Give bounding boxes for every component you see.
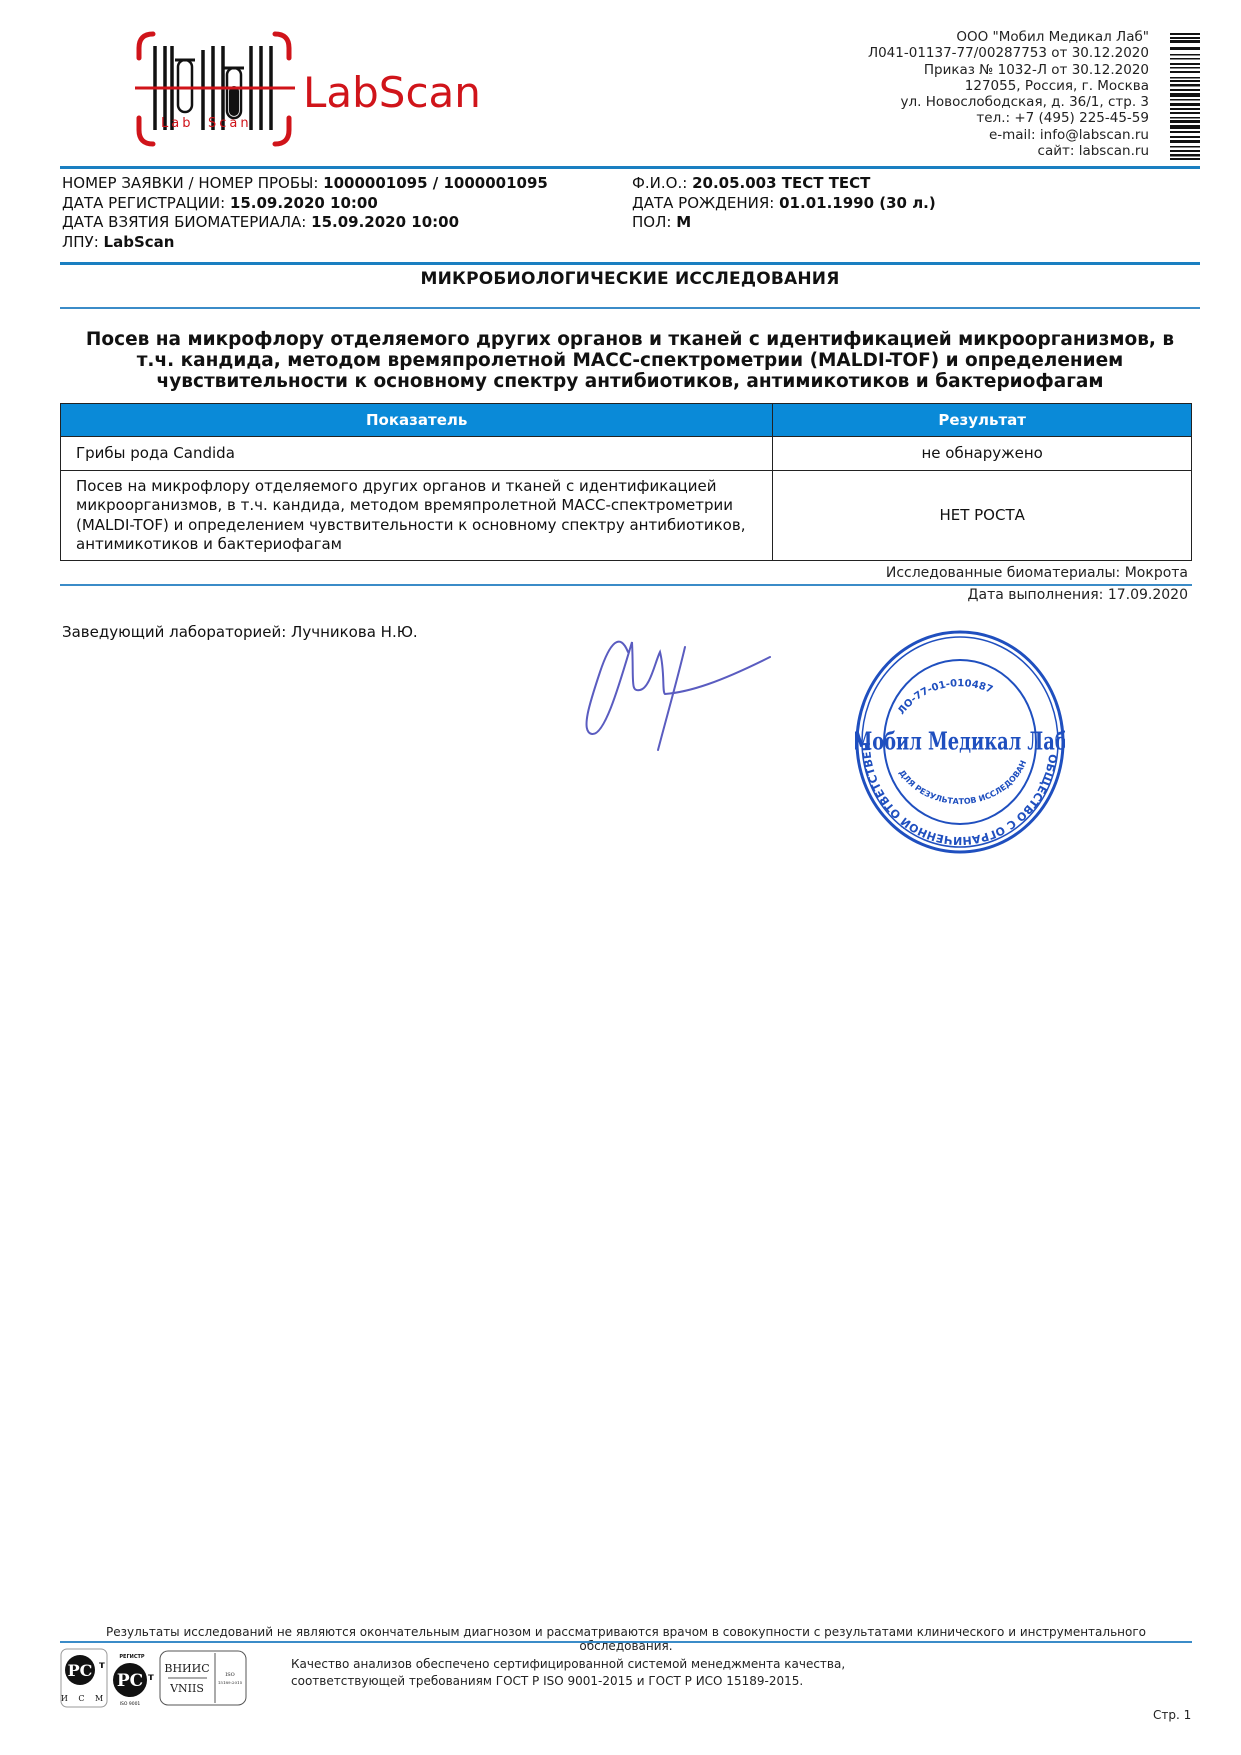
company-stamp: ОБЩЕСТВО С ОГРАНИЧЕННОЙ ОТВЕТСТВЕННОСТЬЮ… (855, 630, 1065, 855)
company-site: сайт: labscan.ru (868, 143, 1149, 159)
test-title: Посев на микрофлору отделяемого других о… (60, 329, 1200, 392)
patient-info: Ф.И.О.: 20.05.003 ТЕСТ ТЕСТ ДАТА РОЖДЕНИ… (632, 174, 936, 233)
order-info: НОМЕР ЗАЯВКИ / НОМЕР ПРОБЫ: 1000001095 /… (62, 174, 548, 252)
registration-date-value: 15.09.2020 10:00 (230, 194, 378, 212)
registration-date-row: ДАТА РЕГИСТРАЦИИ: 15.09.2020 10:00 (62, 194, 548, 214)
page-number: Стр. 1 (1153, 1708, 1191, 1722)
sex-row: ПОЛ: М (632, 213, 936, 233)
result-cell: не обнаружено (773, 437, 1192, 471)
company-order: Приказ № 1032-Л от 30.12.2020 (868, 62, 1149, 78)
sex-value: М (676, 213, 691, 231)
table-row: Грибы рода Candida не обнаружено (61, 437, 1192, 471)
svg-text:РС: РС (68, 1661, 93, 1680)
logo-sub-left: Lab (161, 116, 193, 131)
stamp-purpose: ДЛЯ РЕЗУЛЬТАТОВ ИССЛЕДОВАНИЙ (855, 630, 1028, 806)
lpu-value: LabScan (104, 233, 175, 251)
logo-brand-text: LabScan (303, 68, 481, 117)
svg-text:ISO 9001: ISO 9001 (120, 1701, 141, 1707)
company-info: ООО "Мобил Медикал Лаб" Л041-01137-77/00… (868, 29, 1149, 159)
svg-text:VNIIS: VNIIS (169, 1682, 204, 1695)
order-number-value: 1000001095 / 1000001095 (323, 174, 548, 192)
table-row: Посев на микрофлору отделяемого других о… (61, 471, 1192, 561)
stamp-license: ЛО-77-01-010487 (896, 678, 994, 717)
company-email: e-mail: info@labscan.ru (868, 127, 1149, 143)
patient-name-value: 20.05.003 ТЕСТ ТЕСТ (692, 174, 870, 192)
biomaterial-note: Исследованные биоматериалы: Мокрота (886, 565, 1188, 581)
column-header-indicator: Показатель (61, 404, 773, 437)
lpu-row: ЛПУ: LabScan (62, 233, 548, 253)
quality-statement: Качество анализов обеспечено сертифициро… (291, 1656, 845, 1690)
footer-divider (60, 1641, 1192, 1643)
section-divider (60, 307, 1200, 309)
barcode-scanner-icon: Lab Scan (135, 30, 305, 148)
sampling-date-row: ДАТА ВЗЯТИЯ БИОМАТЕРИАЛА: 15.09.2020 10:… (62, 213, 548, 233)
svg-text:РЕГИСТР: РЕГИСТР (119, 1654, 145, 1660)
barcode-icon (1170, 33, 1200, 161)
svg-text:ISO: ISO (225, 1672, 235, 1678)
meta-divider (60, 584, 1192, 586)
completion-date: Дата выполнения: 17.09.2020 (968, 587, 1188, 603)
birth-date-row: ДАТА РОЖДЕНИЯ: 01.01.1990 (30 л.) (632, 194, 936, 214)
result-cell: НЕТ РОСТА (773, 471, 1192, 561)
signature-icon (560, 622, 790, 757)
column-header-result: Результат (773, 404, 1192, 437)
header-divider (60, 166, 1200, 169)
info-divider (60, 262, 1200, 265)
head-of-lab: Заведующий лабораторией: Лучникова Н.Ю. (62, 623, 418, 641)
section-title: МИКРОБИОЛОГИЧЕСКИЕ ИССЛЕДОВАНИЯ (60, 269, 1200, 289)
table-header-row: Показатель Результат (61, 404, 1192, 437)
company-phone: тел.: +7 (495) 225-45-59 (868, 110, 1149, 126)
rst-ism-logo: РС т И С М (61, 1649, 107, 1707)
order-number-row: НОМЕР ЗАЯВКИ / НОМЕР ПРОБЫ: 1000001095 /… (62, 174, 548, 194)
indicator-cell: Грибы рода Candida (61, 437, 773, 471)
company-name: ООО "Мобил Медикал Лаб" (868, 29, 1149, 45)
indicator-cell: Посев на микрофлору отделяемого других о… (61, 471, 773, 561)
company-city: 127055, Россия, г. Москва (868, 78, 1149, 94)
svg-text:15189:2015: 15189:2015 (218, 1680, 243, 1685)
svg-text:т: т (148, 1672, 154, 1683)
labscan-logo: Lab Scan LabScan (135, 30, 505, 148)
vniis-logo: ВНИИС VNIIS ISO 15189:2015 (160, 1651, 246, 1705)
logo-sub-right: Scan (208, 116, 252, 131)
register-rst-logo: РЕГИСТР РС т ISO 9001 (113, 1654, 154, 1707)
svg-text:РС: РС (117, 1671, 143, 1691)
patient-name-row: Ф.И.О.: 20.05.003 ТЕСТ ТЕСТ (632, 174, 936, 194)
svg-text:т: т (99, 1660, 105, 1671)
certification-logos: РС т И С М РЕГИСТР РС т ISO 9001 ВНИИС V… (60, 1648, 265, 1708)
company-street: ул. Новослободская, д. 36/1, стр. 3 (868, 94, 1149, 110)
stamp-name: «Мобил Медикал Лаб» (855, 728, 1065, 756)
results-table: Показатель Результат Грибы рода Candida … (60, 403, 1192, 561)
company-license: Л041-01137-77/00287753 от 30.12.2020 (868, 45, 1149, 61)
svg-text:И С М: И С М (61, 1694, 107, 1703)
sampling-date-value: 15.09.2020 10:00 (311, 213, 459, 231)
svg-text:ВНИИС: ВНИИС (164, 1662, 209, 1675)
birth-date-value: 01.01.1990 (30 л.) (779, 194, 936, 212)
